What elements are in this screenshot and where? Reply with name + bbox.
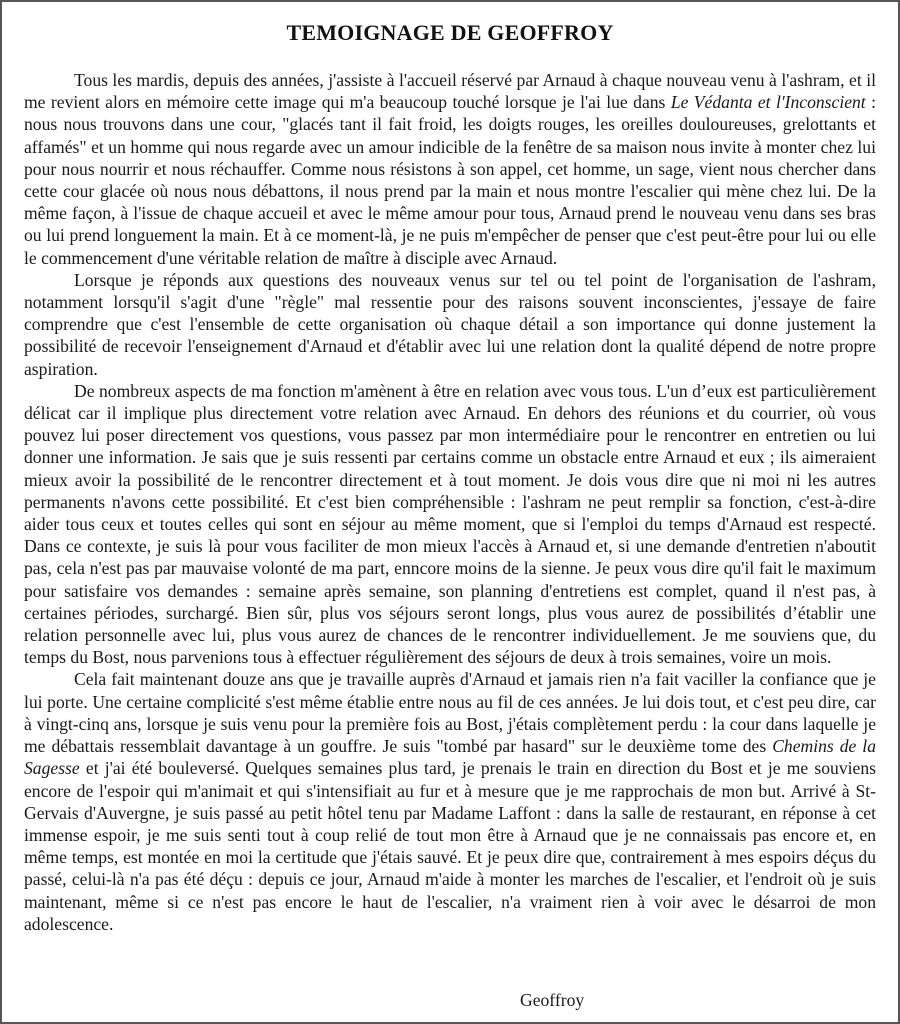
signature: Geoffroy [520,990,584,1011]
document-title: TEMOIGNAGE DE GEOFFROY [2,20,898,46]
paragraph: Cela fait maintenant douze ans que je tr… [24,668,876,934]
book-title-italic: Le Védanta et l'Inconscient [671,92,866,112]
document-page: TEMOIGNAGE DE GEOFFROY Tous les mardis, … [0,0,900,1024]
paragraph: Lorsque je réponds aux questions des nou… [24,269,876,380]
document-body: Tous les mardis, depuis des années, j'as… [24,69,876,935]
paragraph-text: Lorsque je réponds aux questions des nou… [24,270,876,379]
paragraph-text: : nous nous trouvons dans une cour, "gla… [24,92,876,267]
paragraph-text: et j'ai été bouleversé. Quelques semaine… [24,758,876,933]
paragraph-text: De nombreux aspects de ma fonction m'amè… [24,381,876,667]
paragraph: De nombreux aspects de ma fonction m'amè… [24,380,876,669]
paragraph: Tous les mardis, depuis des années, j'as… [24,69,876,269]
paragraph-text: Cela fait maintenant douze ans que je tr… [24,669,876,756]
